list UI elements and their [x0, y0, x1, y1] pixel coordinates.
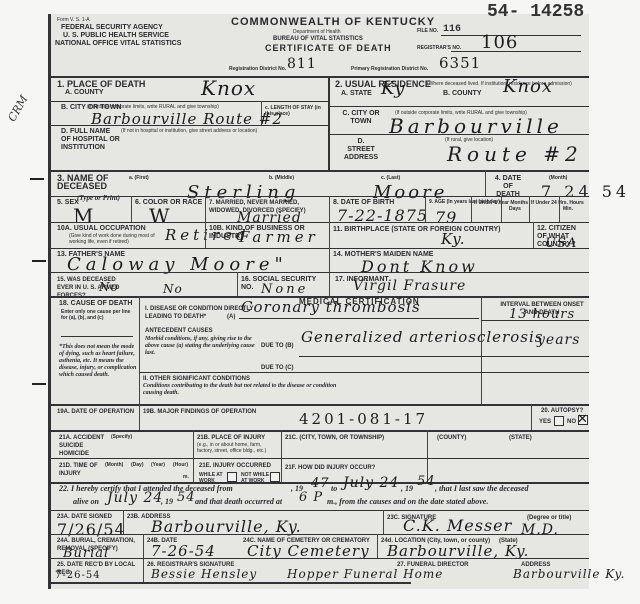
cert-year-prefix-2: , 19 [401, 485, 413, 493]
certificate-stamp-number: 54- 14258 [487, 2, 584, 22]
injury-city-label: 21c. (CITY, TOWN, OR TOWNSHIP) [285, 434, 384, 442]
first-name-label: a. (First) [129, 175, 149, 181]
autopsy-no-label: NO [567, 418, 576, 426]
cause-note: Enter only one cause per line for (a), (… [61, 309, 137, 321]
place-of-injury-note: (e.g., in or about home, farm, factory, … [197, 442, 277, 454]
cert-to-year: 54 [417, 474, 436, 489]
cert-from-year: 47 [311, 476, 330, 491]
death-time: 6 P [299, 490, 323, 505]
primary-district-label: Primary Registration District No. [351, 66, 428, 72]
armed-forces: No [99, 280, 119, 294]
time-year-label: (Year) [151, 462, 165, 468]
operation-date-label: 19a. DATE OF OPERATION [57, 408, 137, 416]
autopsy-yes-label: YES [539, 418, 551, 426]
registration-district: 811 [287, 56, 317, 72]
occupation-label: 10a. USUAL OCCUPATION [57, 225, 146, 233]
accident-label: 21a. ACCIDENT SUICIDE HOMICIDE [59, 434, 109, 458]
registrar-signature: Bessie Hensley [151, 567, 257, 581]
birthplace-label: 11. BIRTHPLACE (State or foreign country… [333, 226, 501, 234]
state-title: COMMONWEALTH OF KENTUCKY [231, 16, 435, 28]
signature: C.K. Messer [403, 516, 512, 535]
alive-year-prefix: , 19 [161, 498, 173, 506]
age-minutes-label: Min. [563, 206, 573, 212]
death-occurred-label: and that death occurred at [195, 498, 282, 506]
not-while-at-work-checkbox[interactable] [270, 472, 280, 482]
place-of-death-label: 1. PLACE OF DEATH [57, 80, 145, 88]
funeral-director: Hopper Funeral Home [287, 567, 443, 581]
last-name-label: c. (Last) [381, 175, 400, 181]
agency-line-2: U. S. PUBLIC HEALTH SERVICE [63, 32, 169, 40]
certificate-title: CERTIFICATE OF DEATH [265, 43, 392, 53]
antecedent-note: Morbid conditions, if any, giving rise t… [145, 336, 255, 357]
name-of-deceased-label: 3. NAME OF DECEASED [57, 174, 127, 190]
mother: Dont Know [361, 257, 478, 276]
form-number: Form V. S. 1-A [57, 17, 90, 23]
due-to-b-label: DUE TO (b) [261, 342, 294, 350]
place-of-injury-label: 21b. PLACE OF INJURY [197, 434, 265, 442]
ssn: None [261, 282, 308, 297]
primary-district: 6351 [439, 54, 481, 72]
operation-findings: 4201-081-17 [299, 410, 428, 428]
pod-county-label: a. COUNTY [65, 89, 104, 97]
hospital-note: (If not in hospital or institution, give… [121, 128, 257, 134]
due-to-c-label: DUE TO (c) [261, 364, 294, 372]
alive-on-label: alive on [73, 498, 99, 506]
funeral-address: Barbourville Ky. [513, 567, 626, 581]
cause-line-a: Coronary thrombosis [241, 298, 421, 316]
operation-findings-label: 19b. MAJOR FINDINGS OF OPERATION [143, 408, 256, 416]
pod-county: Knox [201, 76, 256, 100]
cert-to-label: to [331, 485, 337, 493]
cause-footnote: *This does not mean the mode of dying, s… [59, 344, 137, 379]
occupation-note: (Give kind of work done during most of w… [69, 233, 159, 245]
middle-name-label: b. (Middle) [269, 175, 294, 181]
cause-of-death-label: 18. CAUSE OF DEATH [59, 300, 132, 308]
ur-city-label: c. CITY OR TOWN [341, 110, 381, 126]
antecedent-label: ANTECEDENT CAUSES [145, 327, 213, 335]
line-a-prefix: (a) [227, 313, 235, 321]
part2-label: II. OTHER SIGNIFICANT CONDITIONS [143, 375, 250, 383]
injury-county-label: (COUNTY) [437, 434, 466, 442]
degree-label: (Degree or title) [527, 514, 571, 522]
bureau-label: BUREAU OF VITAL STATISTICS [273, 35, 363, 43]
cert-to-value: July 24 [343, 475, 399, 491]
marital: Married [237, 210, 302, 226]
ur-county-label: b. COUNTY [443, 90, 482, 98]
date-of-death: 7 24 54 [541, 182, 630, 201]
alive-on: July 24 [107, 490, 163, 506]
file-no: 116 [443, 24, 461, 35]
injury-occurred-label: 21e. INJURY OCCURRED [199, 462, 271, 470]
death-certificate-form: Form V. S. 1-A FEDERAL SECURITY AGENCY U… [48, 14, 589, 589]
cert-statement-2: , that I last saw the deceased [435, 485, 529, 493]
time-m-label: m. [183, 474, 189, 480]
how-injury-label: 21f. HOW DID INJURY OCCUR? [285, 464, 375, 472]
accident-specify-label: (Specify) [111, 434, 132, 440]
injury-state-label: (STATE) [509, 434, 532, 442]
ur-state-label: a. STATE [341, 90, 372, 98]
autopsy-yes-checkbox[interactable] [554, 416, 564, 426]
age-hours-label: If Under 24 Hrs. Hours [531, 200, 584, 206]
degree: M.D. [521, 522, 559, 538]
birthplace: Ky. [441, 230, 466, 248]
color: W [149, 204, 171, 228]
cause-line-b: Generalized arteriosclerosis [301, 328, 543, 346]
age-days-label: Days [509, 206, 521, 212]
autopsy-no-checkbox[interactable] [578, 415, 588, 425]
margin-mark [32, 260, 46, 262]
time-of-injury-label: 21d. TIME OF INJURY [59, 462, 99, 478]
business: Farmer [239, 228, 319, 246]
margin-mark [32, 383, 46, 385]
scanned-page: CRM Form V. S. 1-A FEDERAL SECURITY AGEN… [0, 0, 640, 604]
time-hour-label: (Hour) [173, 462, 188, 468]
cert-statement-3: m., from the causes and on the date stat… [327, 498, 488, 506]
armed-forces-service: No [163, 282, 183, 296]
ur-street: Route #2 [447, 142, 583, 166]
margin-mark [30, 178, 44, 180]
registration-district-label: Registration District No. [229, 66, 286, 72]
alive-year: 54 [177, 490, 196, 505]
margin-initials: CRM [5, 93, 30, 124]
agency-line-3: NATIONAL OFFICE VITAL STATISTICS [55, 40, 181, 48]
time-month-label: (Month) [105, 462, 123, 468]
while-at-work-checkbox[interactable] [227, 472, 237, 482]
time-day-label: (Day) [131, 462, 144, 468]
informant: Virgil Frasure [353, 278, 466, 294]
age: 79 [435, 208, 457, 227]
file-no-label: FILE NO. [417, 28, 438, 34]
interval-b: years [537, 332, 580, 348]
ur-county: Knox [503, 76, 553, 97]
dod-month-label: (Month) [549, 175, 567, 181]
length-of-stay-label: c. LENGTH OF STAY (in this place) [265, 105, 325, 117]
hospital-label: d. FULL NAME OF HOSPITAL OR INSTITUTION [61, 128, 121, 152]
date-received: 7-26-54 [55, 570, 101, 581]
ur-state: Ky [381, 78, 405, 99]
ur-street-label: d. STREET ADDRESS [343, 138, 379, 162]
agency-line-1: FEDERAL SECURITY AGENCY [61, 24, 163, 32]
part2-note: Conditions contributing to the death but… [143, 383, 343, 397]
registrar-no: 106 [481, 32, 518, 53]
